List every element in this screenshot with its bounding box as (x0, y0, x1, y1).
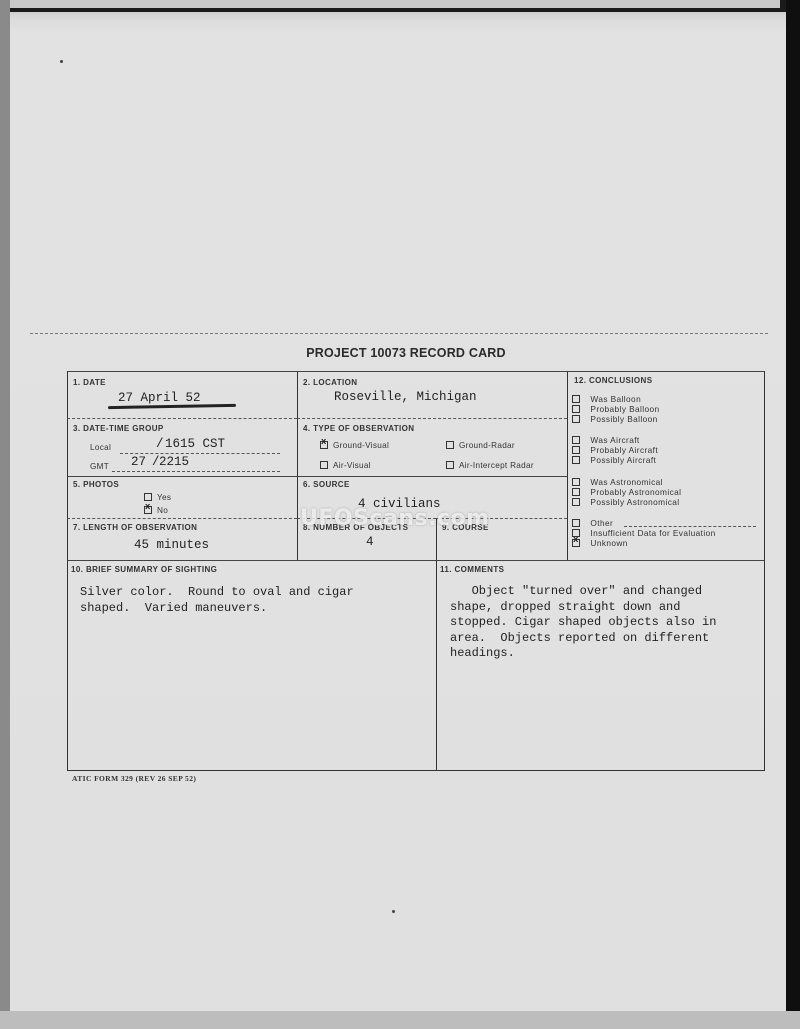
field-comments: 11. COMMENTS Object "turned over" and ch… (436, 560, 765, 771)
checkbox-icon (446, 441, 454, 449)
option-air-visual[interactable]: Air-Visual (320, 461, 371, 470)
date-label: 1. DATE (73, 378, 106, 387)
summary-text: Silver color. Round to oval and cigar sh… (80, 585, 354, 616)
conclusion-probably-aircraft[interactable]: Probably Aircraft (572, 445, 658, 455)
type-of-observation-label: 4. TYPE OF OBSERVATION (303, 424, 414, 433)
card-top-edge (30, 333, 768, 334)
number-of-objects-value: 4 (366, 535, 374, 549)
gmt-label: GMT (90, 462, 109, 471)
page-right-edge (786, 0, 800, 1029)
field-photos: 5. PHOTOS Yes No (67, 476, 297, 518)
scan-speck (60, 60, 63, 63)
photos-label: 5. PHOTOS (73, 480, 119, 489)
field-date: 1. DATE 27 April 52 (67, 371, 297, 418)
scan-speck (392, 910, 395, 913)
watermark: UFOScans.com (300, 506, 490, 531)
record-card: 1. DATE 27 April 52 2. LOCATION Rosevill… (67, 371, 765, 771)
checkbox-icon (572, 415, 580, 423)
location-label: 2. LOCATION (303, 378, 357, 387)
checkbox-icon (446, 461, 454, 469)
field-date-time-group: 3. DATE-TIME GROUP Local / 1615 CST GMT … (67, 418, 297, 476)
conclusion-was-astronomical[interactable]: Was Astronomical (572, 477, 663, 487)
checkbox-icon (144, 493, 152, 501)
field-location: 2. LOCATION Roseville, Michigan (297, 371, 567, 418)
checkbox-icon (320, 461, 328, 469)
conclusion-was-aircraft[interactable]: Was Aircraft (572, 435, 640, 445)
page-bottom-strip (0, 1011, 800, 1029)
comments-text: Object "turned over" and changed shape, … (450, 584, 716, 662)
local-line (120, 453, 280, 454)
field-length-of-observation: 7. LENGTH OF OBSERVATION 45 minutes (67, 518, 297, 560)
local-value: 1615 CST (165, 437, 225, 451)
field-type-of-observation: 4. TYPE OF OBSERVATION Ground-Visual Gro… (297, 418, 567, 476)
card-title: PROJECT 10073 RECORD CARD (0, 346, 800, 360)
conclusions-label: 12. CONCLUSIONS (574, 376, 652, 385)
date-time-group-label: 3. DATE-TIME GROUP (73, 424, 164, 433)
date-value: 27 April 52 (118, 391, 201, 405)
conclusion-other[interactable]: Other (572, 518, 613, 528)
conclusion-possibly-astronomical[interactable]: Possibly Astronomical (572, 497, 680, 507)
option-air-intercept-radar[interactable]: Air-Intercept Radar (446, 461, 534, 470)
conclusion-unknown[interactable]: Unknown (572, 538, 628, 548)
gmt-day: 27 (131, 455, 146, 469)
checkbox-icon (572, 498, 580, 506)
conclusion-probably-astronomical[interactable]: Probably Astronomical (572, 487, 681, 497)
source-label: 6. SOURCE (303, 480, 350, 489)
local-slash: / (156, 437, 164, 451)
option-photos-yes[interactable]: Yes (144, 493, 171, 502)
page-top-edge (0, 0, 780, 8)
form-identifier: ATIC FORM 329 (REV 26 SEP 52) (72, 774, 196, 783)
comments-label: 11. COMMENTS (440, 565, 504, 574)
page-left-edge (0, 0, 10, 1029)
checkbox-icon (144, 506, 152, 514)
location-value: Roseville, Michigan (334, 390, 477, 404)
length-label: 7. LENGTH OF OBSERVATION (73, 523, 197, 532)
field-brief-summary: 10. BRIEF SUMMARY OF SIGHTING Silver col… (67, 560, 436, 771)
conclusion-insufficient-data[interactable]: Insufficient Data for Evaluation (572, 528, 716, 538)
conclusion-probably-balloon[interactable]: Probably Balloon (572, 404, 660, 414)
checkbox-icon (572, 539, 580, 547)
checkbox-icon (320, 441, 328, 449)
option-ground-visual[interactable]: Ground-Visual (320, 441, 389, 450)
local-label: Local (90, 443, 111, 452)
gmt-line (112, 471, 280, 472)
other-line (624, 526, 756, 527)
checkbox-icon (572, 446, 580, 454)
checkbox-icon (572, 519, 580, 527)
option-ground-radar[interactable]: Ground-Radar (446, 441, 515, 450)
option-photos-no[interactable]: No (144, 506, 168, 515)
checkbox-icon (572, 395, 580, 403)
conclusion-possibly-aircraft[interactable]: Possibly Aircraft (572, 455, 656, 465)
length-value: 45 minutes (134, 538, 209, 552)
checkbox-icon (572, 456, 580, 464)
checkbox-icon (572, 405, 580, 413)
checkbox-icon (572, 436, 580, 444)
conclusion-was-balloon[interactable]: Was Balloon (572, 394, 641, 404)
gmt-value: 2215 (159, 455, 189, 469)
conclusion-possibly-balloon[interactable]: Possibly Balloon (572, 414, 658, 424)
checkbox-icon (572, 478, 580, 486)
checkbox-icon (572, 488, 580, 496)
field-conclusions: 12. CONCLUSIONS Was Balloon Probably Bal… (567, 371, 765, 560)
summary-label: 10. BRIEF SUMMARY OF SIGHTING (71, 565, 217, 574)
